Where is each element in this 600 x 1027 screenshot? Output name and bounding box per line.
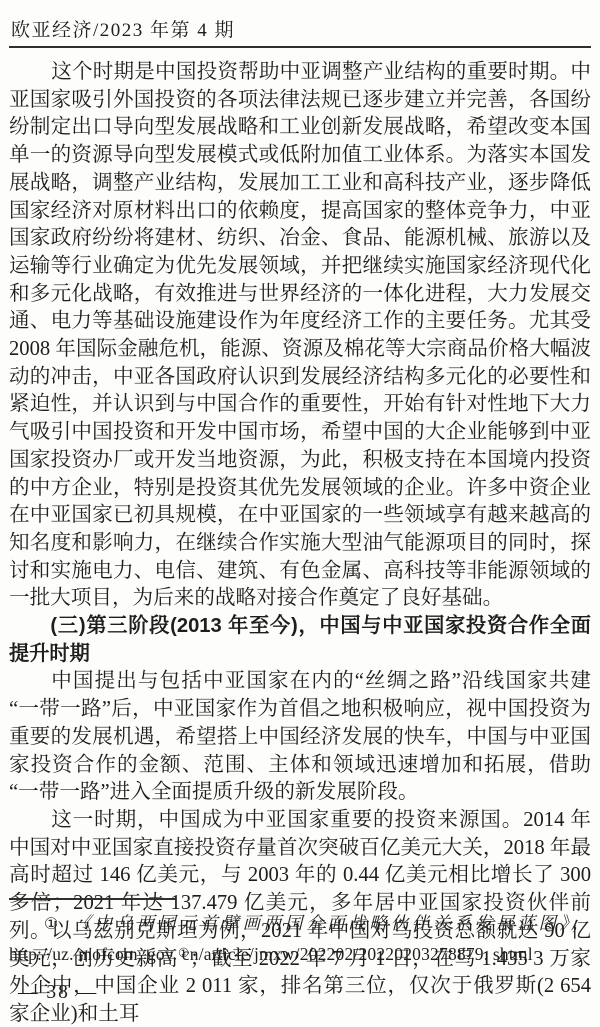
paragraph-stage-two-investment: 这个时期是中国投资帮助中亚调整产业结构的重要时期。中亚国家吸引外国投资的各项法律… [9,59,591,613]
footnote-marker: ① [44,916,60,933]
article-body: 这个时期是中国投资帮助中亚调整产业结构的重要时期。中亚国家吸引外国投资的各项法律… [9,59,591,1027]
footnote-section: ①《中乌两国元首擘画两国全面战略伙伴关系发展蓝图》，http://uz. mof… [9,898,591,968]
section-heading-stage-three: (三)第三阶段(2013 年至今)，中国与中亚国家投资合作全面提升时期 [9,613,591,668]
document-page: 欧亚经济/2023 年第 4 期 这个时期是中国投资帮助中亚调整产业结构的重要时… [0,0,600,1027]
journal-title: 欧亚经济/2023 年第 4 期 [9,15,591,42]
footnote: ①《中乌两国元首擘画两国全面战略伙伴关系发展蓝图》，http://uz. mof… [9,909,591,968]
journal-header: 欧亚经济/2023 年第 4 期 [9,0,591,42]
paragraph-belt-and-road: 中国提出与包括中亚国家在内的“丝绸之路”沿线国家共建“一带一路”后，中亚国家作为… [9,668,591,807]
footnote-source-url: http://uz. mofcom. gov. cn/article/jmxw/… [9,944,533,964]
footnote-source-title: 《中乌两国元首擘画两国全面战略伙伴关系发展蓝图》， [73,913,591,933]
footnote-separator-rule [9,898,176,900]
header-rule [9,46,591,48]
page-number: — 38 — [18,982,98,1004]
